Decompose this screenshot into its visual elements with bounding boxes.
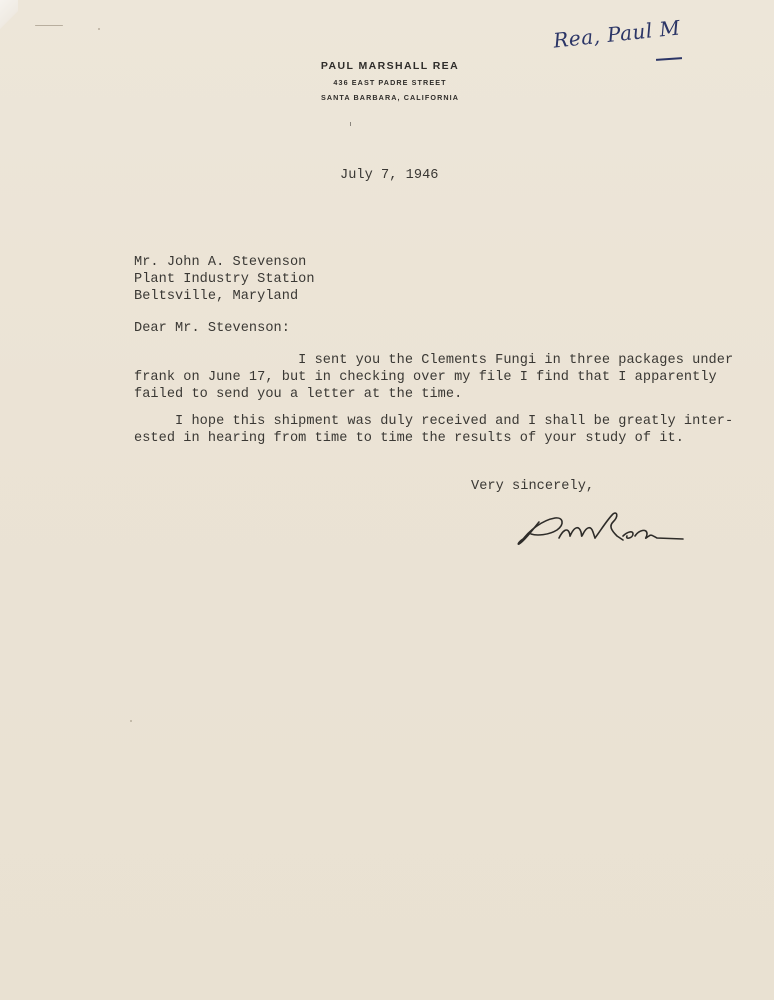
paper-speck	[98, 28, 100, 30]
letterhead-name: PAUL MARSHALL REA	[300, 60, 480, 72]
letterhead-city: SANTA BARBARA, CALIFORNIA	[300, 93, 480, 102]
paper-mark	[350, 122, 351, 126]
letter-date: July 7, 1946	[340, 168, 439, 183]
body-line: ested in hearing from time to time the r…	[134, 431, 684, 446]
recipient-location: Beltsville, Maryland	[134, 289, 298, 304]
letterhead-street: 436 EAST PADRE STREET	[300, 78, 480, 87]
body-line: frank on June 17, but in checking over m…	[134, 370, 717, 385]
annotation-underline	[656, 57, 682, 61]
letter-paper: PAUL MARSHALL REA 436 EAST PADRE STREET …	[0, 0, 774, 1000]
body-line: failed to send you a letter at the time.	[134, 387, 462, 402]
recipient-name: Mr. John A. Stevenson	[134, 255, 306, 270]
handwritten-annotation: Rea, Paul M	[552, 15, 681, 52]
letterhead: PAUL MARSHALL REA 436 EAST PADRE STREET …	[300, 60, 480, 102]
recipient-organization: Plant Industry Station	[134, 272, 315, 287]
paper-speck	[130, 720, 132, 722]
body-line: I sent you the Clements Fungi in three p…	[134, 353, 733, 368]
salutation: Dear Mr. Stevenson:	[134, 321, 290, 336]
paper-crease	[35, 25, 63, 26]
closing: Very sincerely,	[471, 479, 594, 494]
signature-icon	[515, 508, 690, 553]
body-line: I hope this shipment was duly received a…	[134, 414, 733, 429]
folded-corner	[0, 0, 18, 30]
